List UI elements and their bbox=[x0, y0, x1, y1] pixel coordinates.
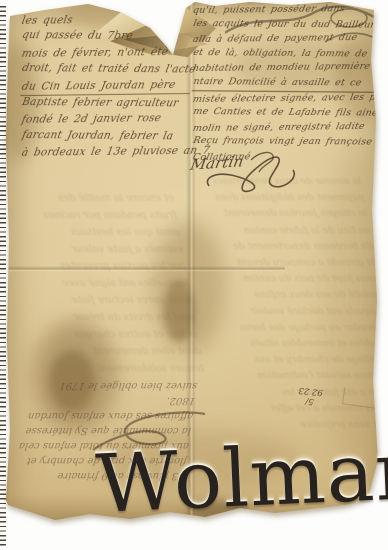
manuscript-line: du Cin Louis Jourdan père bbox=[20, 77, 193, 96]
ghost-line: fruits pendans par racines bbox=[4, 207, 179, 224]
ink-notation: 5/ 92 23 bbox=[297, 385, 323, 407]
manuscript-line: fondé le 2d janvier rose bbox=[20, 110, 196, 129]
ghost-line: nous juge de paix du canton bbox=[195, 271, 380, 287]
ghost-line: de bordeaux departement de bbox=[190, 239, 375, 255]
ghost-line: lesquelles ont signé avec bbox=[16, 275, 191, 292]
ghost-line: public et autres charges bbox=[24, 326, 199, 343]
ghost-line: ainsi que les bestiaux bbox=[7, 224, 182, 241]
ghost-line: au village de chambry et aux bbox=[210, 352, 388, 368]
ghost-line: et encore la moitié des bbox=[1, 190, 176, 207]
manuscript-line: droit, fait et traité dans l'acte bbox=[20, 60, 195, 78]
signature-flourish bbox=[201, 148, 321, 196]
ghost-line: la gironde a comparu devant bbox=[192, 255, 377, 271]
manuscript-line: ntaire Domicilié à avsaille et ce bbox=[192, 75, 379, 92]
ghost-line: estimés a juste valeur bbox=[10, 241, 185, 258]
ghost-line: au lieu de la fabrie canton bbox=[187, 223, 372, 239]
ghost-line: tenues solidairement bbox=[30, 360, 205, 377]
scanned-manuscript-photo: et encore la moitié desfruits pendans pa… bbox=[0, 0, 388, 550]
ghost-line: lesquels ont déclaré vouloir bbox=[201, 304, 386, 320]
ghost-line: assisté de ses deux enfans bbox=[198, 287, 383, 303]
ghost-line: proceder au partage des biens bbox=[204, 320, 388, 336]
ghost-line: sauf les droits du trésor bbox=[21, 309, 196, 326]
wolmar-watermark: Wolmar bbox=[94, 431, 388, 525]
manuscript-line: à bordeaux le 13e pluviose an 7 bbox=[20, 143, 196, 162]
inverted-line: suivez bien obligée le 1791 bbox=[24, 378, 198, 393]
bleedthrough-text-left: et encore la moitié desfruits pendans pa… bbox=[1, 190, 206, 377]
manuscript-line: me Canties et de Lafabrie fils ainé bbox=[192, 105, 387, 121]
left-page-text: les quelsqui passée du 7bremois de févri… bbox=[22, 12, 194, 161]
ghost-line: dont elles demeurent bbox=[27, 343, 202, 360]
ghost-line: meubles et immeubles situés bbox=[207, 336, 388, 352]
ghost-line: le citoyen Jourdan demeurant bbox=[184, 206, 369, 222]
ghost-line: environs suivant l'estimation bbox=[212, 368, 388, 384]
ghost-line: par les parties presentes bbox=[13, 258, 188, 275]
ghost-line: nous apres lecture faite bbox=[18, 292, 193, 309]
manuscript-line: qui passée du 7bre bbox=[20, 28, 195, 46]
corner-crease-streaks bbox=[225, 2, 385, 60]
